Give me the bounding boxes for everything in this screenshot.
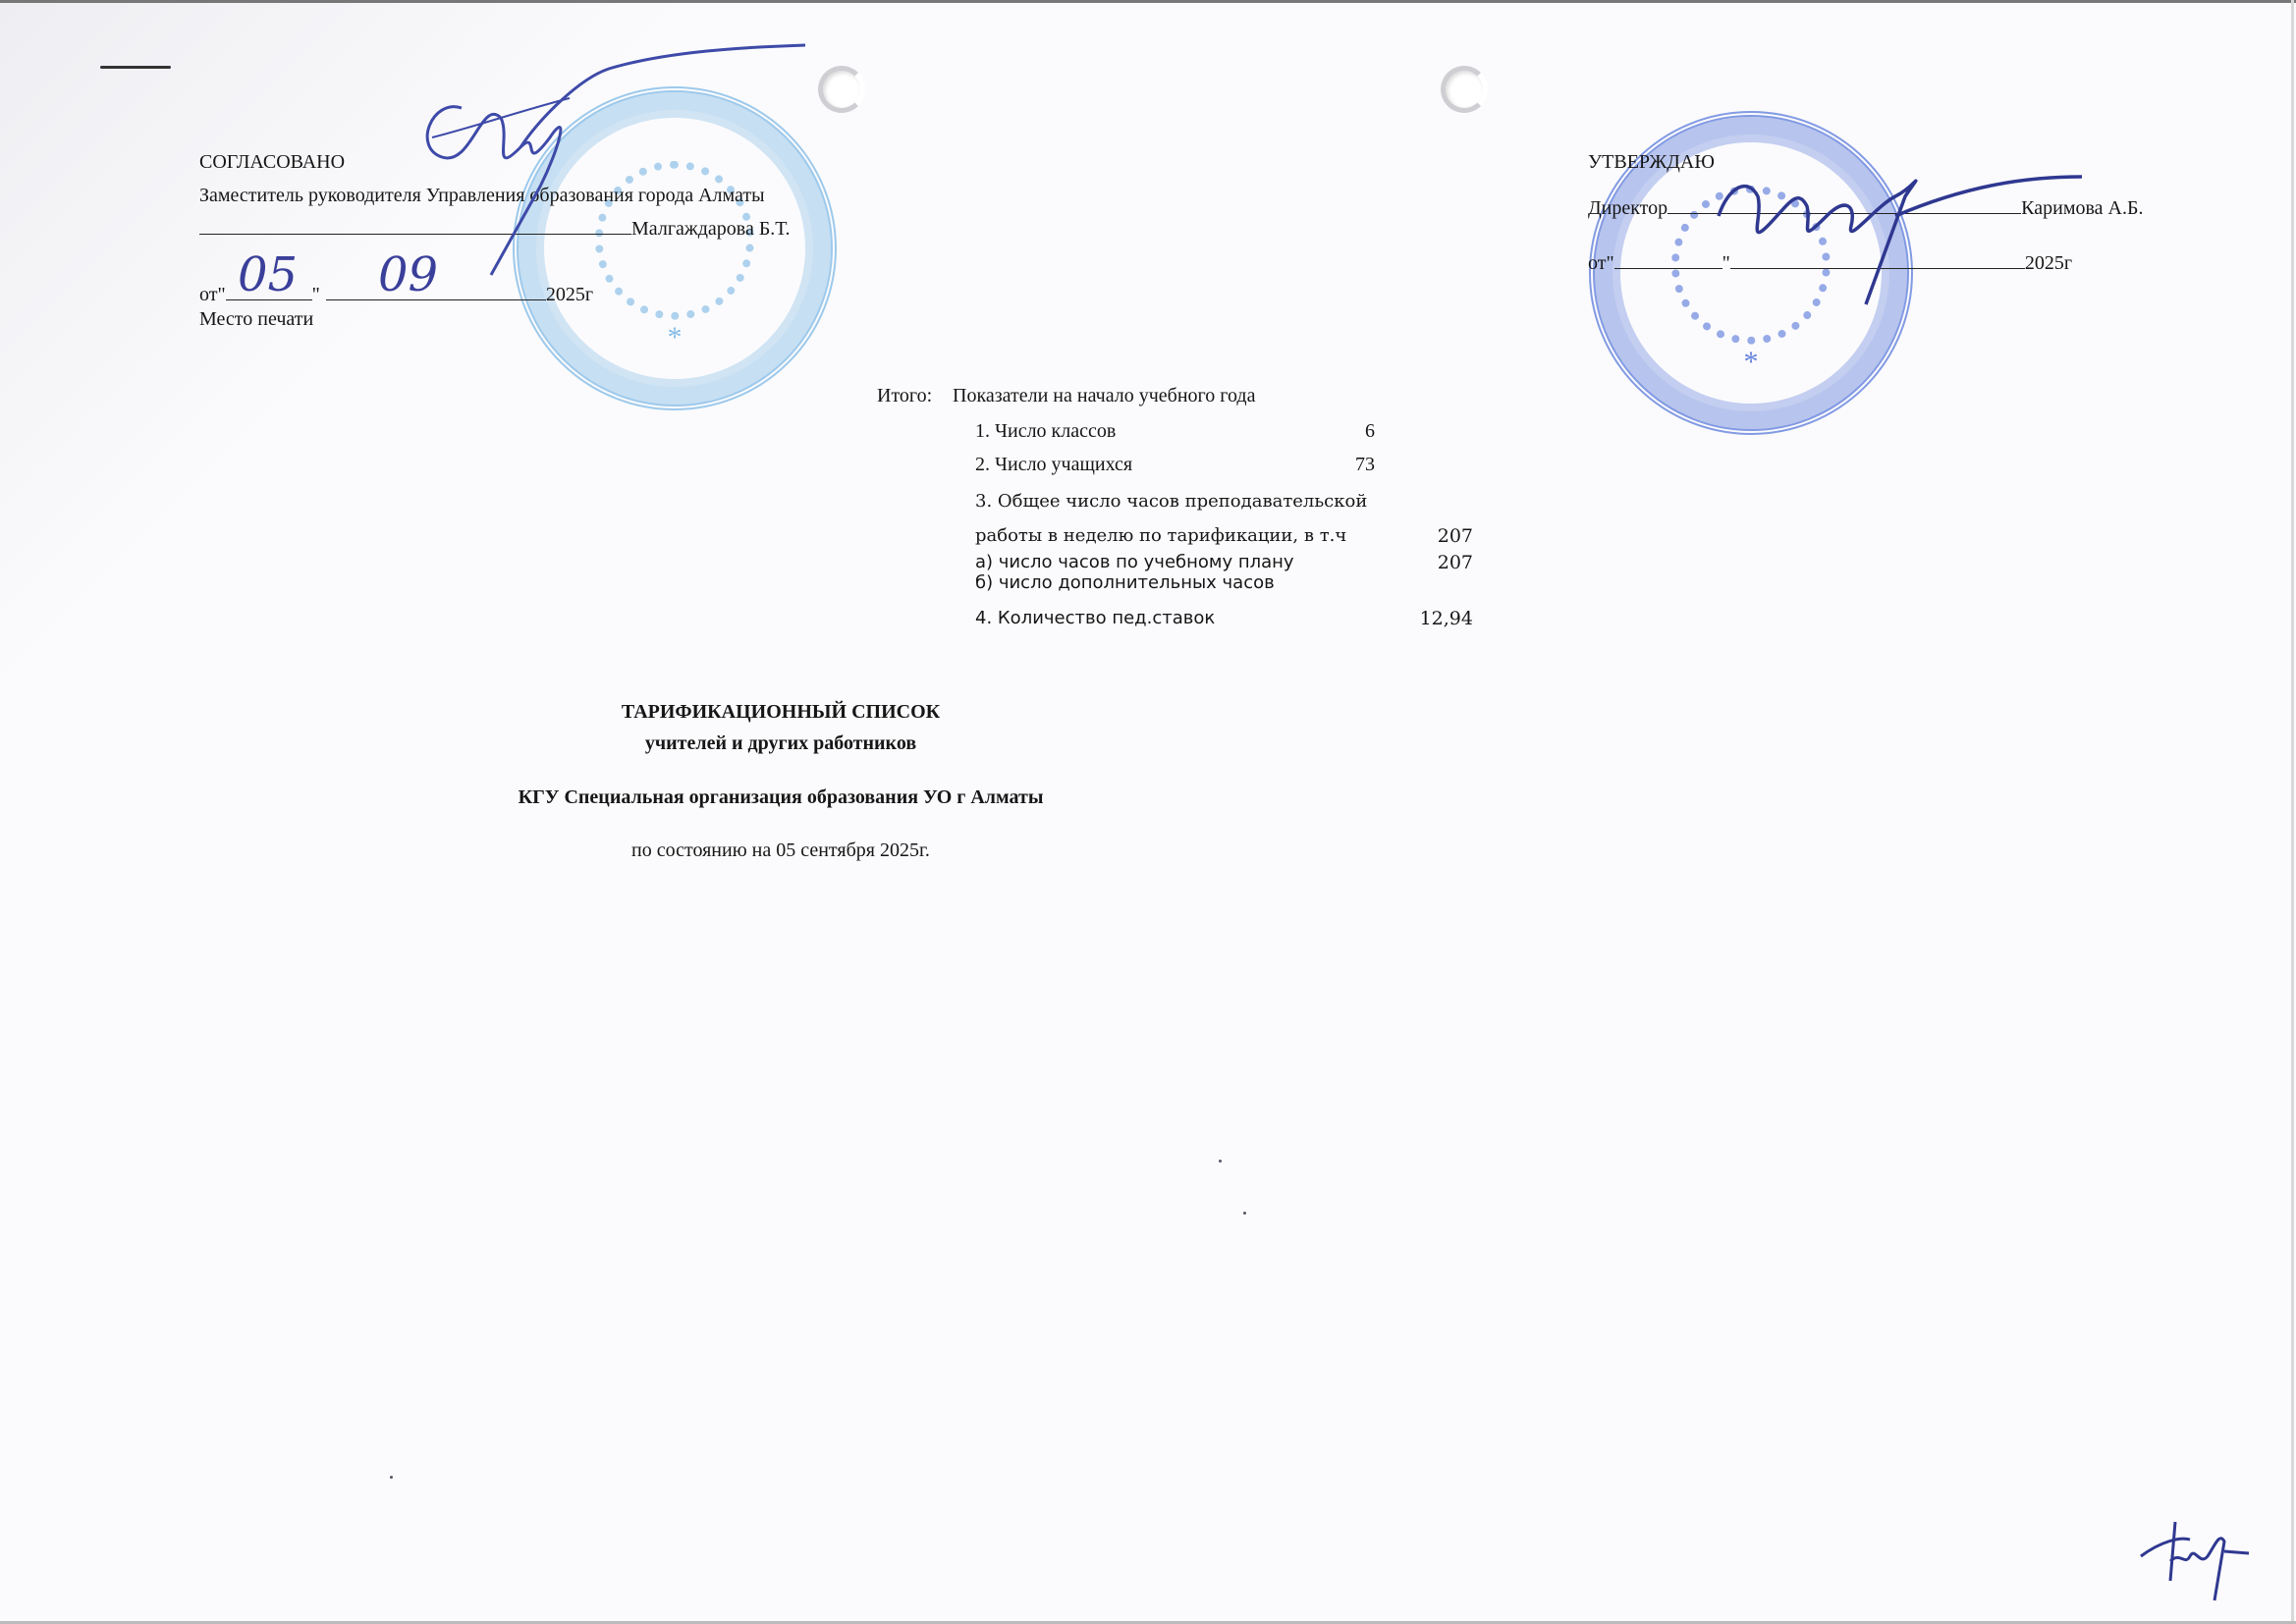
indicator-classes: 1. Число классов [975,419,1116,443]
seal-place-label: Место печати [199,307,313,331]
approval-right-position: Директор [1588,197,1667,219]
scan-speck [1243,1212,1246,1215]
signature-left [373,39,805,285]
date-quote: " [312,284,320,305]
scan-speck [390,1476,393,1479]
indicator-students-value: 73 [1316,453,1375,476]
scan-speck [1219,1160,1222,1163]
indicator-students: 2. Число учащихся [975,453,1132,476]
punch-hole-right [1441,66,1488,113]
scanned-page: * * СОГЛАСОВАНО Заместитель руководителя… [0,0,2296,1624]
indicator-hours-value: 207 [1375,524,1473,548]
handwritten-day: 05 [238,247,298,302]
scan-edge-right [2291,0,2294,1624]
margin-dash [100,66,171,69]
star-icon: * [1744,346,1759,379]
as-of-date: по состоянию на 05 сентября 2025г. [393,839,1169,862]
indicator-hours-line2: работы в неделю по тарификации, в т.ч [975,524,1346,548]
date-year: 2025г [546,284,593,305]
initials-signature [2131,1512,2269,1610]
indicator-additional-hours: б) число дополнительных часов [975,571,1275,595]
document-subtitle: учителей и других работников [393,731,1169,755]
date-prefix: от" [199,284,226,305]
indicator-hours-line1: 3. Общее число часов преподавательской [975,490,1367,514]
approval-left-heading: СОГЛАСОВАНО [199,150,345,174]
indicator-teaching-rates-value: 12,94 [1375,607,1473,630]
star-icon: * [668,321,683,354]
signature-right [1689,157,2102,324]
summary-title: Показатели на начало учебного года [953,384,1255,407]
punch-hole-left [818,66,865,113]
date-prefix: от" [1588,252,1614,274]
organization-name: КГУ Специальная организация образования … [393,785,1169,809]
summary-label: Итого: [877,384,932,407]
indicator-classes-value: 6 [1316,419,1375,443]
indicator-curriculum-hours-value: 207 [1375,551,1473,574]
document-title: ТАРИФИКАЦИОННЫЙ СПИСОК [393,700,1169,724]
scan-edge-top [0,0,2296,3]
indicator-teaching-rates: 4. Количество пед.ставок [975,607,1215,630]
